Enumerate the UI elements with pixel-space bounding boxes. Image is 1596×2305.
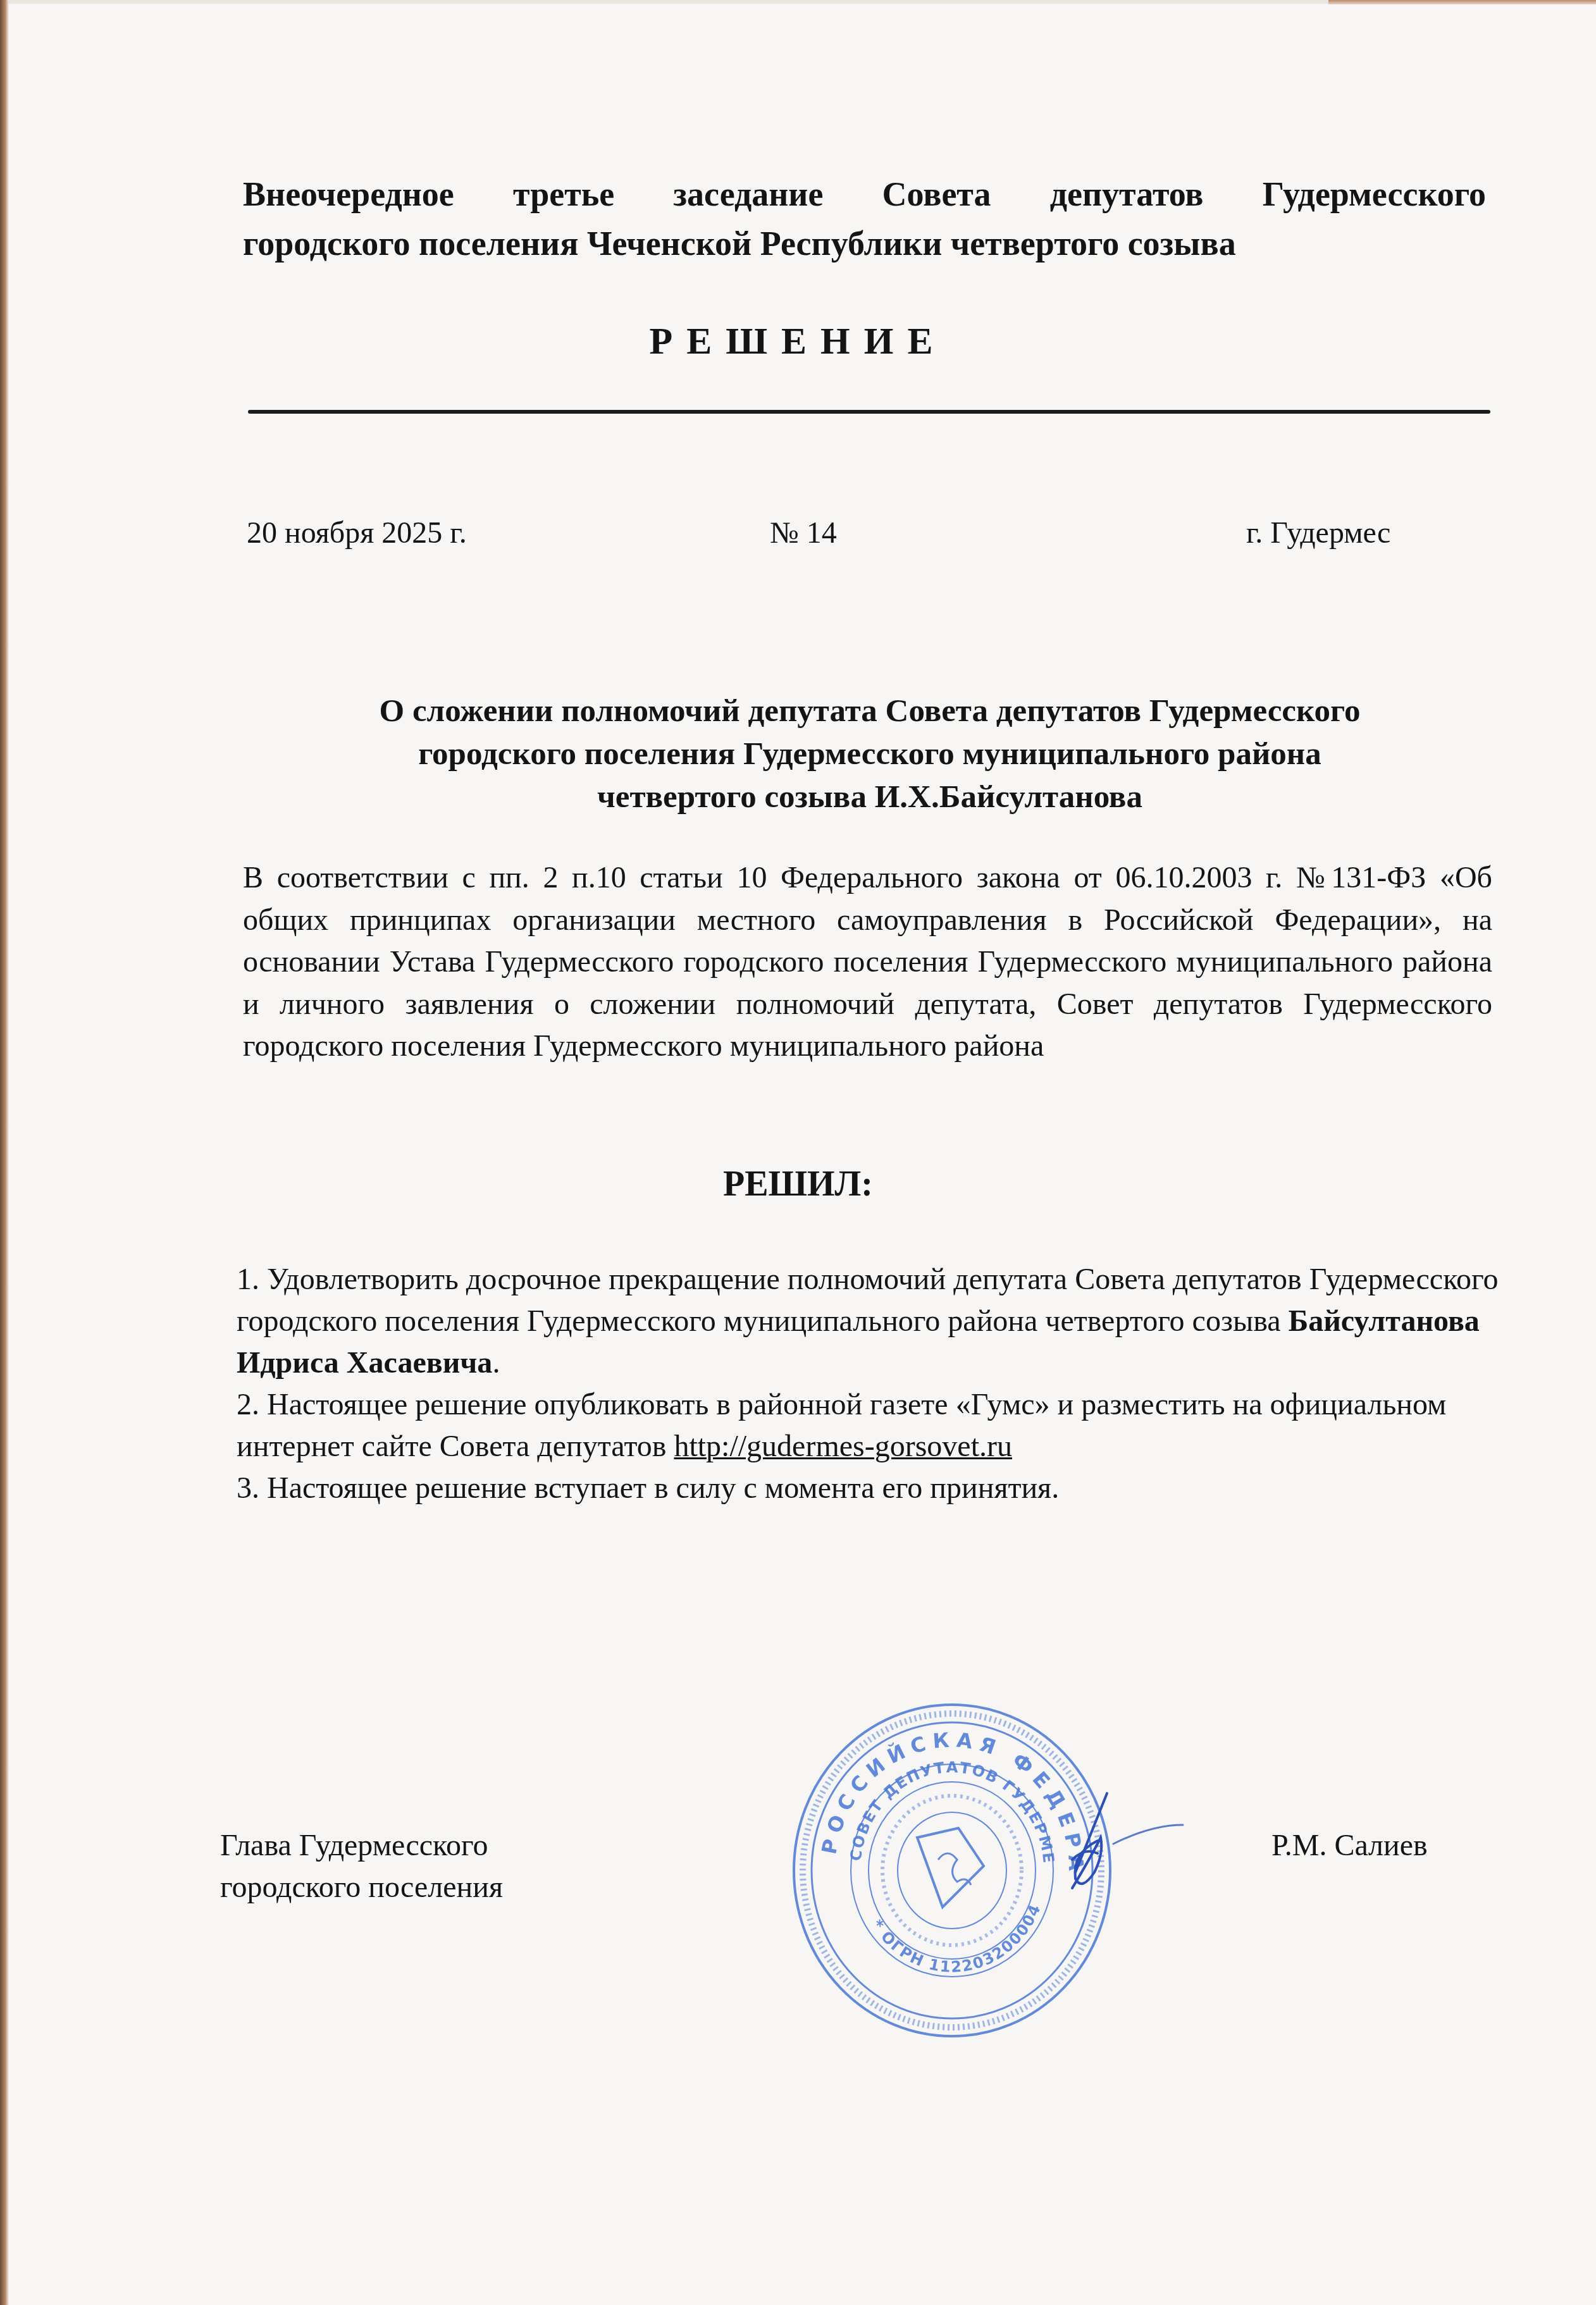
- header-divider: [248, 410, 1490, 414]
- signatory-position-line-2: городского поселения: [220, 1867, 503, 1908]
- resolved-heading: РЕШИЛ:: [0, 1164, 1596, 1204]
- subject-line-3: четвертого созыва И.Х.Байсултанова: [240, 776, 1499, 819]
- signatory-position: Глава Гудермесского городского поселения: [220, 1825, 503, 1908]
- session-title-line-2: городского поселения Чеченской Республик…: [243, 219, 1486, 268]
- document-city: г. Гудермес: [1246, 516, 1390, 550]
- subject-line-2: городского поселения Гудермесского муниц…: [240, 732, 1499, 776]
- subject-line-1: О сложении полномочий депутата Совета де…: [240, 689, 1499, 732]
- handwritten-signature-icon: [1037, 1790, 1265, 1917]
- document-number: № 14: [770, 516, 837, 550]
- page-edge-top: [1328, 0, 1596, 4]
- resolution-item-3: 3. Настоящее решение вступает в силу с м…: [237, 1468, 1499, 1509]
- document-type-heading: РЕШЕНИЕ: [0, 319, 1596, 363]
- signatory-position-line-1: Глава Гудермесского: [220, 1825, 503, 1867]
- item-1-end: .: [492, 1346, 500, 1380]
- resolution-item-1: 1. Удовлетворить досрочное прекращение п…: [237, 1259, 1499, 1384]
- council-website-link[interactable]: http://gudermes-gorsovet.ru: [674, 1430, 1012, 1463]
- preamble-paragraph: В соответствии с пп. 2 п.10 статьи 10 Фе…: [243, 857, 1492, 1068]
- resolution-items: 1. Удовлетворить досрочное прекращение п…: [237, 1259, 1499, 1509]
- document-subject: О сложении полномочий депутата Совета де…: [240, 689, 1499, 819]
- session-title-line-1: Внеочередное третье заседание Совета деп…: [243, 170, 1486, 219]
- signatory-name: Р.М. Салиев: [1271, 1828, 1428, 1863]
- resolution-item-2: 2. Настоящее решение опубликовать в райо…: [237, 1384, 1499, 1468]
- session-title: Внеочередное третье заседание Совета деп…: [243, 170, 1486, 268]
- document-date: 20 ноября 2025 г.: [247, 516, 467, 550]
